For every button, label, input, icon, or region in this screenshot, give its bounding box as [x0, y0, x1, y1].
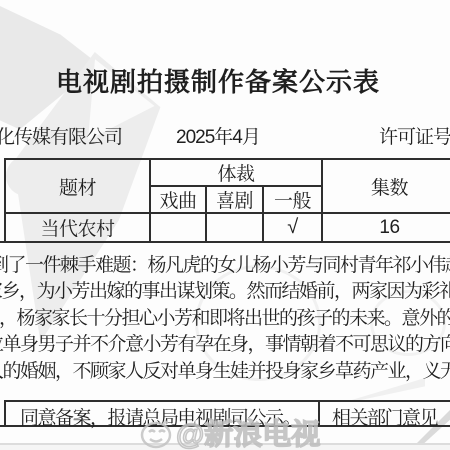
- cell-general-checkmark: √: [264, 214, 321, 241]
- filing-month: 2025年4月: [176, 122, 260, 149]
- synopsis-line: 家乡，为小芳出嫁的事出谋划策。然而结婚前，两家因为彩礼: [0, 276, 450, 303]
- synopsis-line: ，杨家家长十分担心小芳和即将出世的孩子的未来。意外的: [0, 303, 450, 330]
- header-episodes: 集数: [323, 160, 450, 212]
- weibo-handle: @新浪电视: [176, 412, 320, 450]
- header-genre-general: 一般: [264, 187, 321, 212]
- table-border-footer-left: [4, 400, 6, 427]
- header-genre-comedy: 喜剧: [207, 187, 262, 212]
- producer-company: 文化传媒有限公司: [0, 122, 122, 149]
- license-number-label: 许可证号: [379, 122, 450, 149]
- synopsis-line: 人的婚姻，不顾家人反对单身生娃并投身家乡草药产业，义无: [0, 356, 450, 383]
- weibo-watermark: @新浪电视: [138, 412, 320, 450]
- related-department-label: 相关部门意见: [332, 403, 437, 430]
- table-border-row-bottom: [0, 241, 450, 243]
- weibo-logo-icon: [138, 416, 174, 450]
- synopsis-line: 到了一件棘手难题：杨凡虎的女儿杨小芳与同村青年祁小伟赶: [0, 250, 450, 277]
- header-subject: 题材: [6, 160, 149, 212]
- cell-comedy-empty: [207, 214, 262, 241]
- cell-subject: 当代农村: [6, 214, 149, 241]
- document-title: 电视剧拍摄制作备案公示表: [0, 62, 436, 99]
- cell-opera-empty: [151, 214, 205, 241]
- table-border-footer-top: [4, 400, 450, 402]
- document-photo: 电视剧拍摄制作备案公示表 文化传媒有限公司 2025年4月 许可证号 题材 体裁…: [0, 0, 450, 450]
- header-genre: 体裁: [151, 160, 321, 185]
- header-genre-opera: 戏曲: [151, 187, 205, 212]
- synopsis-line: 位单身男子并不介意小芳有孕在身，事情朝着不可思议的方向: [0, 329, 450, 356]
- cell-episodes: 16: [323, 214, 450, 241]
